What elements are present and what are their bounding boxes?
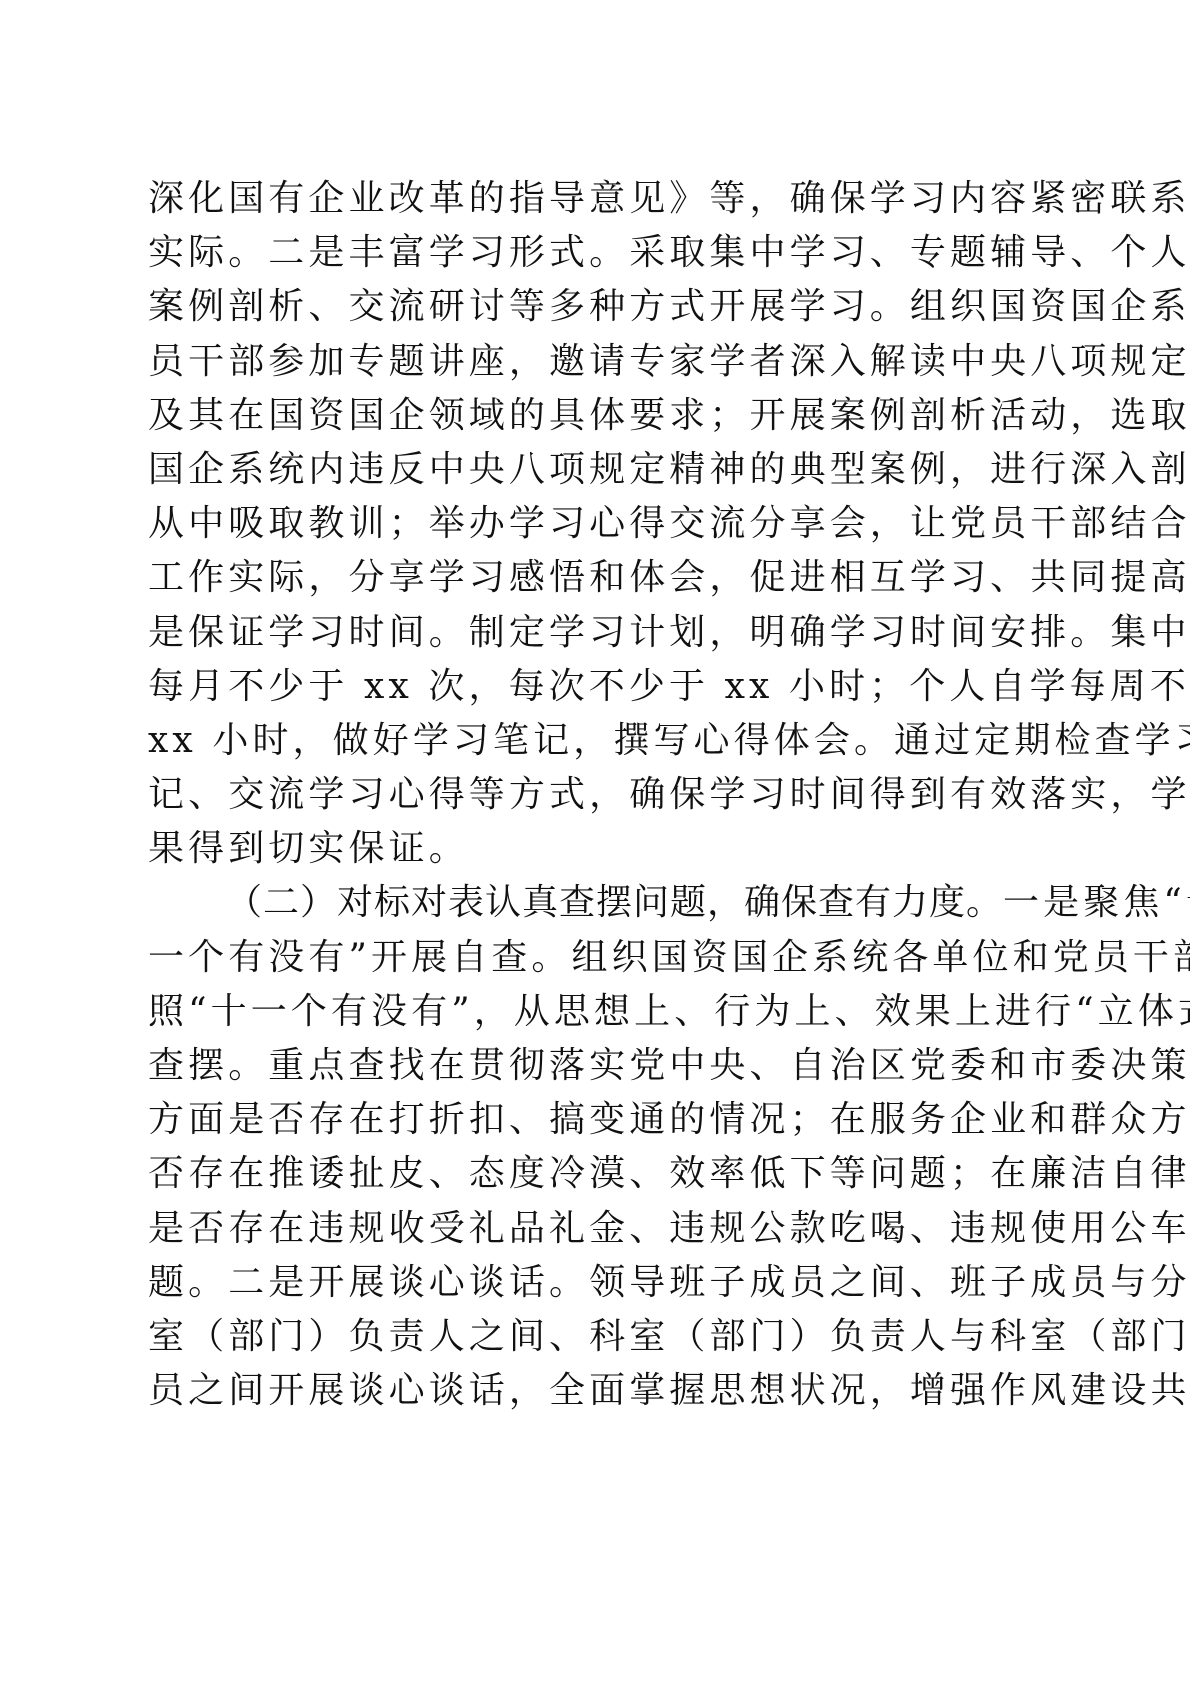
section-heading-line: （二）对标对表认真查摆问题，确保查有力度。一是聚焦“十 [148, 876, 1041, 930]
text-line: 室（部门）负责人之间、科室（部门）负责人与科室（部门）成 [148, 1310, 1041, 1364]
text-line: 题。二是开展谈心谈话。领导班子成员之间、班子成员与分管科 [148, 1256, 1041, 1310]
text-line: 从中吸取教训；举办学习心得交流分享会，让党员干部结合自身 [148, 497, 1041, 551]
text-line: 查摆。重点查找在贯彻落实党中央、自治区党委和市委决策部署 [148, 1039, 1041, 1093]
paragraph-problem-inspection: （二）对标对表认真查摆问题，确保查有力度。一是聚焦“十 一个有没有”开展自查。组… [148, 876, 1041, 1418]
text-line: 员干部参加专题讲座，邀请专家学者深入解读中央八项规定精神 [148, 335, 1041, 389]
text-line: 实际。二是丰富学习形式。采取集中学习、专题辅导、个人自学、 [148, 226, 1041, 280]
text-line: 深化国有企业改革的指导意见》等，确保学习内容紧密联系工作 [148, 172, 1041, 226]
text-line: 及其在国资国企领域的具体要求；开展案例剖析活动，选取国资 [148, 389, 1041, 443]
text-line: 每月不少于 xx 次，每次不少于 xx 小时；个人自学每周不少于 [148, 660, 1041, 714]
text-line: 一个有没有”开展自查。组织国资国企系统各单位和党员干部对 [148, 931, 1041, 985]
text-line: 是保证学习时间。制定学习计划，明确学习时间安排。集中学习 [148, 606, 1041, 660]
text-run: 一是聚焦“十 [1003, 882, 1190, 923]
text-line: xx 小时，做好学习笔记，撰写心得体会。通过定期检查学习笔 [148, 714, 1041, 768]
text-line: 工作实际，分享学习感悟和体会，促进相互学习、共同提高。三 [148, 551, 1041, 605]
text-line: 否存在推诿扯皮、态度冷漠、效率低下等问题；在廉洁自律方面 [148, 1147, 1041, 1201]
text-line: 国企系统内违反中央八项规定精神的典型案例，进行深入剖析， [148, 443, 1041, 497]
text-line: 方面是否存在打折扣、搞变通的情况；在服务企业和群众方面是 [148, 1093, 1041, 1147]
body-text: 深化国有企业改革的指导意见》等，确保学习内容紧密联系工作 实际。二是丰富学习形式… [148, 172, 1041, 1418]
text-line: 员之间开展谈心谈话，全面掌握思想状况，增强作风建设共识。 [148, 1364, 1041, 1418]
document-page: 深化国有企业改革的指导意见》等，确保学习内容紧密联系工作 实际。二是丰富学习形式… [0, 0, 1190, 1683]
text-line: 记、交流学习心得等方式，确保学习时间得到有效落实，学习效 [148, 768, 1041, 822]
text-line: 照“十一个有没有”，从思想上、行为上、效果上进行“立体式” [148, 985, 1041, 1039]
paragraph-learning-arrangements: 深化国有企业改革的指导意见》等，确保学习内容紧密联系工作 实际。二是丰富学习形式… [148, 172, 1041, 876]
section-heading: （二）对标对表认真查摆问题，确保查有力度。 [226, 882, 1003, 923]
text-line: 是否存在违规收受礼品礼金、违规公款吃喝、违规使用公车等问 [148, 1202, 1041, 1256]
text-line: 案例剖析、交流研讨等多种方式开展学习。组织国资国企系统党 [148, 280, 1041, 334]
text-line: 果得到切实保证。 [148, 822, 1041, 876]
